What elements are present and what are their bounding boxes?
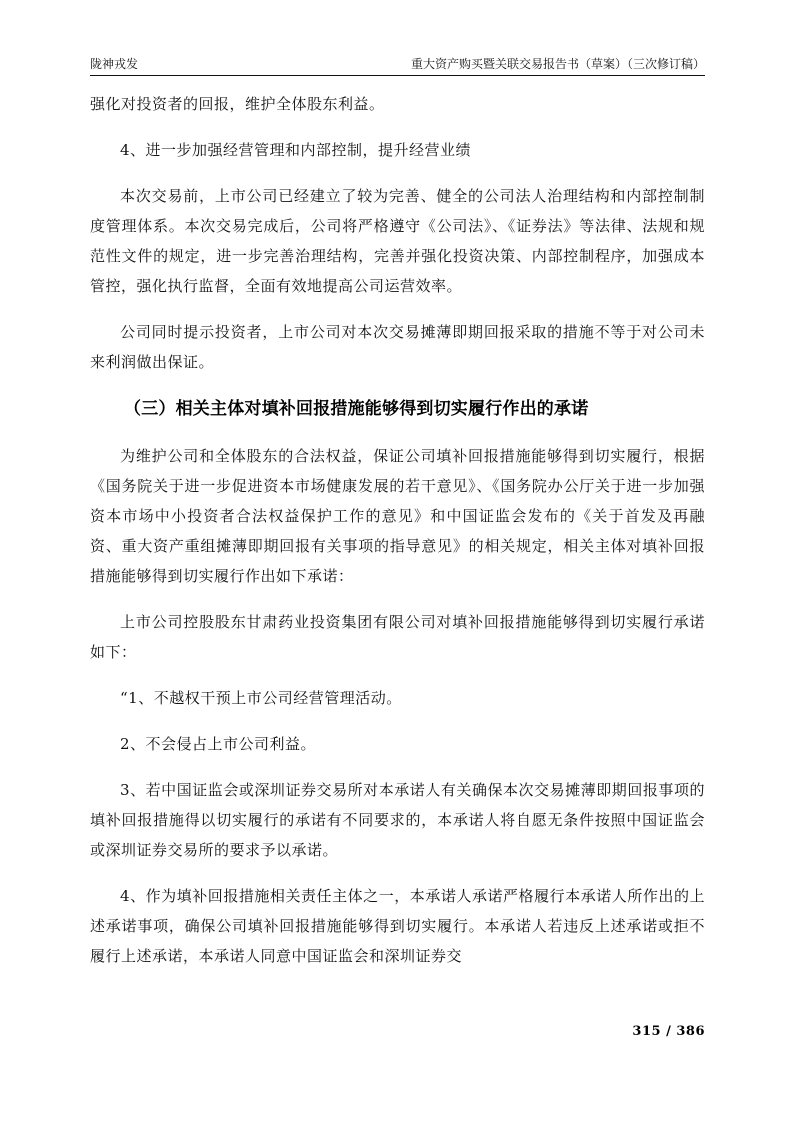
- header-company-short-name: 陇神戎发: [90, 57, 138, 72]
- document-page: 陇神戎发 重大资产购买暨关联交易报告书（草案）（三次修订稿） 强化对投资者的回报…: [0, 0, 793, 1122]
- document-body: 强化对投资者的回报，维护全体股东利益。 4、进一步加强经营管理和内部控制，提升经…: [90, 89, 705, 987]
- commitment-item-1: “1、不越权干预上市公司经营管理活动。: [90, 683, 705, 713]
- paragraph-shareholder-commitment-intro: 上市公司控股股东甘肃药业投资集团有限公司对填补回报措施能够得到切实履行承诺如下：: [90, 607, 705, 667]
- section-heading-three: （三）相关主体对填补回报措施能够得到切实履行作出的承诺: [90, 393, 705, 425]
- subheading-item4: 4、进一步加强经营管理和内部控制，提升经营业绩: [90, 135, 705, 165]
- header-report-title: 重大资产购买暨关联交易报告书（草案）（三次修订稿）: [411, 57, 705, 72]
- paragraph-legal-basis: 为维护公司和全体股东的合法权益，保证公司填补回报措施能够得到切实履行，根据《国务…: [90, 441, 705, 591]
- commitment-item-3: 3、若中国证监会或深圳证券交易所对本承诺人有关确保本次交易摊薄即期回报事项的填补…: [90, 775, 705, 865]
- page-footer: 315 / 386: [90, 1024, 705, 1039]
- page-header: 陇神戎发 重大资产购买暨关联交易报告书（草案）（三次修订稿）: [90, 57, 705, 76]
- commitment-item-4: 4、作为填补回报措施相关责任主体之一，本承诺人承诺严格履行本承诺人所作出的上述承…: [90, 881, 705, 971]
- commitment-item-2: 2、不会侵占上市公司利益。: [90, 729, 705, 759]
- paragraph-carryover: 强化对投资者的回报，维护全体股东利益。: [90, 89, 705, 119]
- paragraph-investor-notice: 公司同时提示投资者，上市公司对本次交易摊薄即期回报采取的措施不等于对公司未来利润…: [90, 317, 705, 377]
- paragraph-governance: 本次交易前，上市公司已经建立了较为完善、健全的公司法人治理结构和内部控制制度管理…: [90, 181, 705, 301]
- page-number: 315 / 386: [632, 1024, 705, 1039]
